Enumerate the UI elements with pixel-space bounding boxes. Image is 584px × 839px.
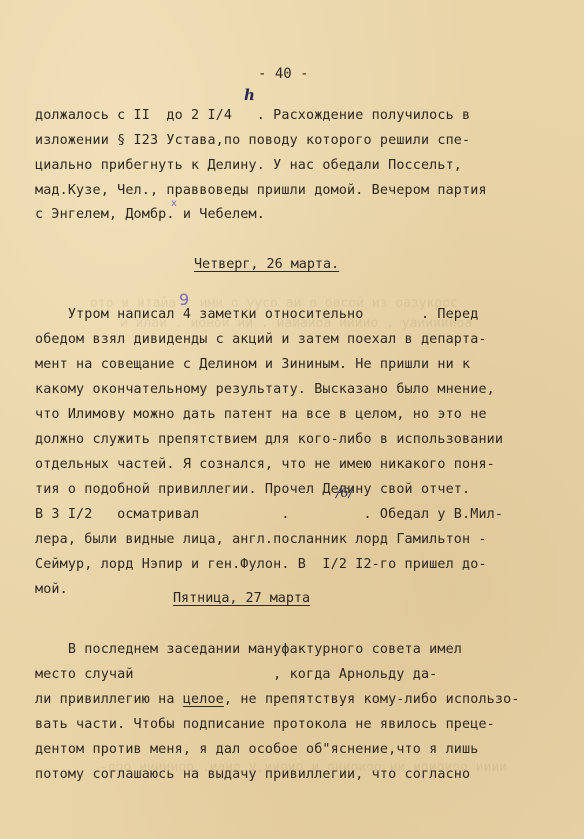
heading-friday: Пятница, 27 марта bbox=[173, 591, 310, 606]
text-line: В 3 I/2 осматривал . . Обедал у В.Мил- bbox=[35, 506, 503, 524]
heading-thursday: Четверг, 26 марта. bbox=[194, 257, 339, 272]
text-line: В последнем заседании мануфактурного сов… bbox=[35, 641, 462, 659]
text-line: должно служить препятствием для кого-либ… bbox=[35, 431, 503, 449]
text-line: с Энгелем, Домбр. и Чебелем. bbox=[35, 206, 265, 224]
handwritten-h-annotation: h bbox=[244, 86, 255, 104]
text-line: изложении § I23 Устава,по поводу которог… bbox=[35, 132, 470, 150]
text-line: мент на совещание с Делином и Зининым. Н… bbox=[35, 356, 470, 374]
document-page: ото и итайа с ими о уусо аи о оасой из о… bbox=[0, 0, 584, 839]
text-line: вать части. Чтобы подписание протокола н… bbox=[35, 716, 495, 734]
text-segment: ли привиллегию на bbox=[35, 692, 183, 707]
text-line: место случай , когда Арнольду да- bbox=[35, 666, 437, 684]
text-line: отдельных частей. Я сознался, что не име… bbox=[35, 456, 495, 474]
text-line: мой. bbox=[35, 581, 68, 599]
text-line: циально прибегнуть к Делину. У нас обеда… bbox=[35, 157, 462, 175]
violet-x-mark: x bbox=[171, 198, 177, 209]
text-line: потому соглашаюсь на выдачу привиллегии,… bbox=[35, 766, 470, 784]
text-line: мад.Кузе, Чел., праввоведы пришли домой.… bbox=[35, 182, 487, 200]
text-line: лера, были видные лица, англ.посланник л… bbox=[35, 531, 487, 549]
text-line: какому окончательному результату. Высказ… bbox=[35, 381, 495, 399]
page-number: - 40 - bbox=[258, 66, 309, 82]
text-line: тия о подобной привиллегии. Прочел Делин… bbox=[35, 481, 470, 499]
text-line: обедом взял дивиденды с акций и затем по… bbox=[35, 331, 487, 349]
page-stamp-annotation: /6/ bbox=[336, 486, 353, 501]
text-line: дентом против меня, я дал особое об"ясне… bbox=[35, 741, 478, 759]
text-line: Сеймур, лорд Нэпир и ген.Фулон. В I/2 I2… bbox=[35, 556, 487, 574]
underlined-word: целое bbox=[183, 692, 224, 707]
text-line: ли привиллегию на целое, не препятствуя … bbox=[35, 691, 520, 709]
text-line: должалось с II до 2 I/4 . Расхождение по… bbox=[35, 107, 470, 125]
text-line: что Илимову можно дать патент на все в ц… bbox=[35, 406, 487, 424]
text-line: Утром написал 4 заметки относительно . П… bbox=[35, 306, 478, 324]
text-segment: , не препятствуя кому-либо использо- bbox=[224, 692, 520, 707]
